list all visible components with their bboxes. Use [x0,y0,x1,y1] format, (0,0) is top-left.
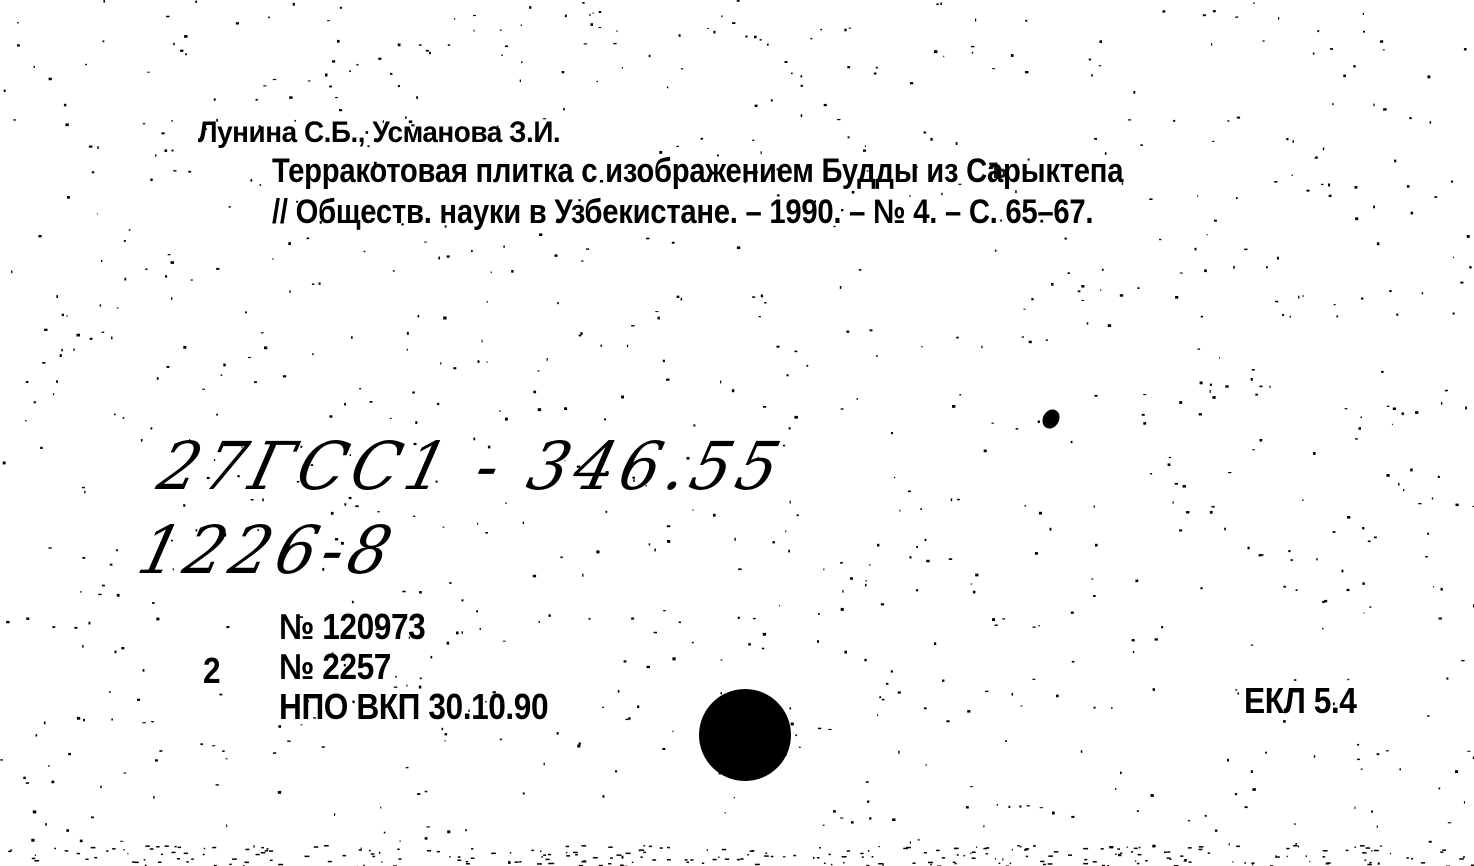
card-title-line-1: Терракотовая плитка с изображением Будды… [272,152,1123,191]
title-char-overstrike: ъ [989,152,1008,186]
ink-spot [1039,406,1063,431]
registration-number-1: № 120973 [279,606,425,648]
punch-hole [699,689,791,781]
source-and-date: НПО ВКП 30.10.90 [279,686,548,728]
classification-index: ЕКЛ 5.4 [1244,680,1356,722]
registration-number-2: № 2257 [279,646,391,688]
handwritten-shelf-code: 1226-8 [131,512,405,589]
title-text-start: Терракотовая плитка с изображением Будды… [272,152,987,190]
title-corrected-char: аъ [987,152,1003,191]
copies-count: 2 [203,650,220,692]
card-title-line-2: // Обществ. науки в Узбекистане. – 1990.… [272,193,1093,232]
card-authors: Лунина С.Б., Усманова З.И. [198,116,560,150]
handwritten-classification-code: 27ГСС1 - 346.55 [151,428,793,505]
title-text-end: рыктепа [1003,152,1123,190]
